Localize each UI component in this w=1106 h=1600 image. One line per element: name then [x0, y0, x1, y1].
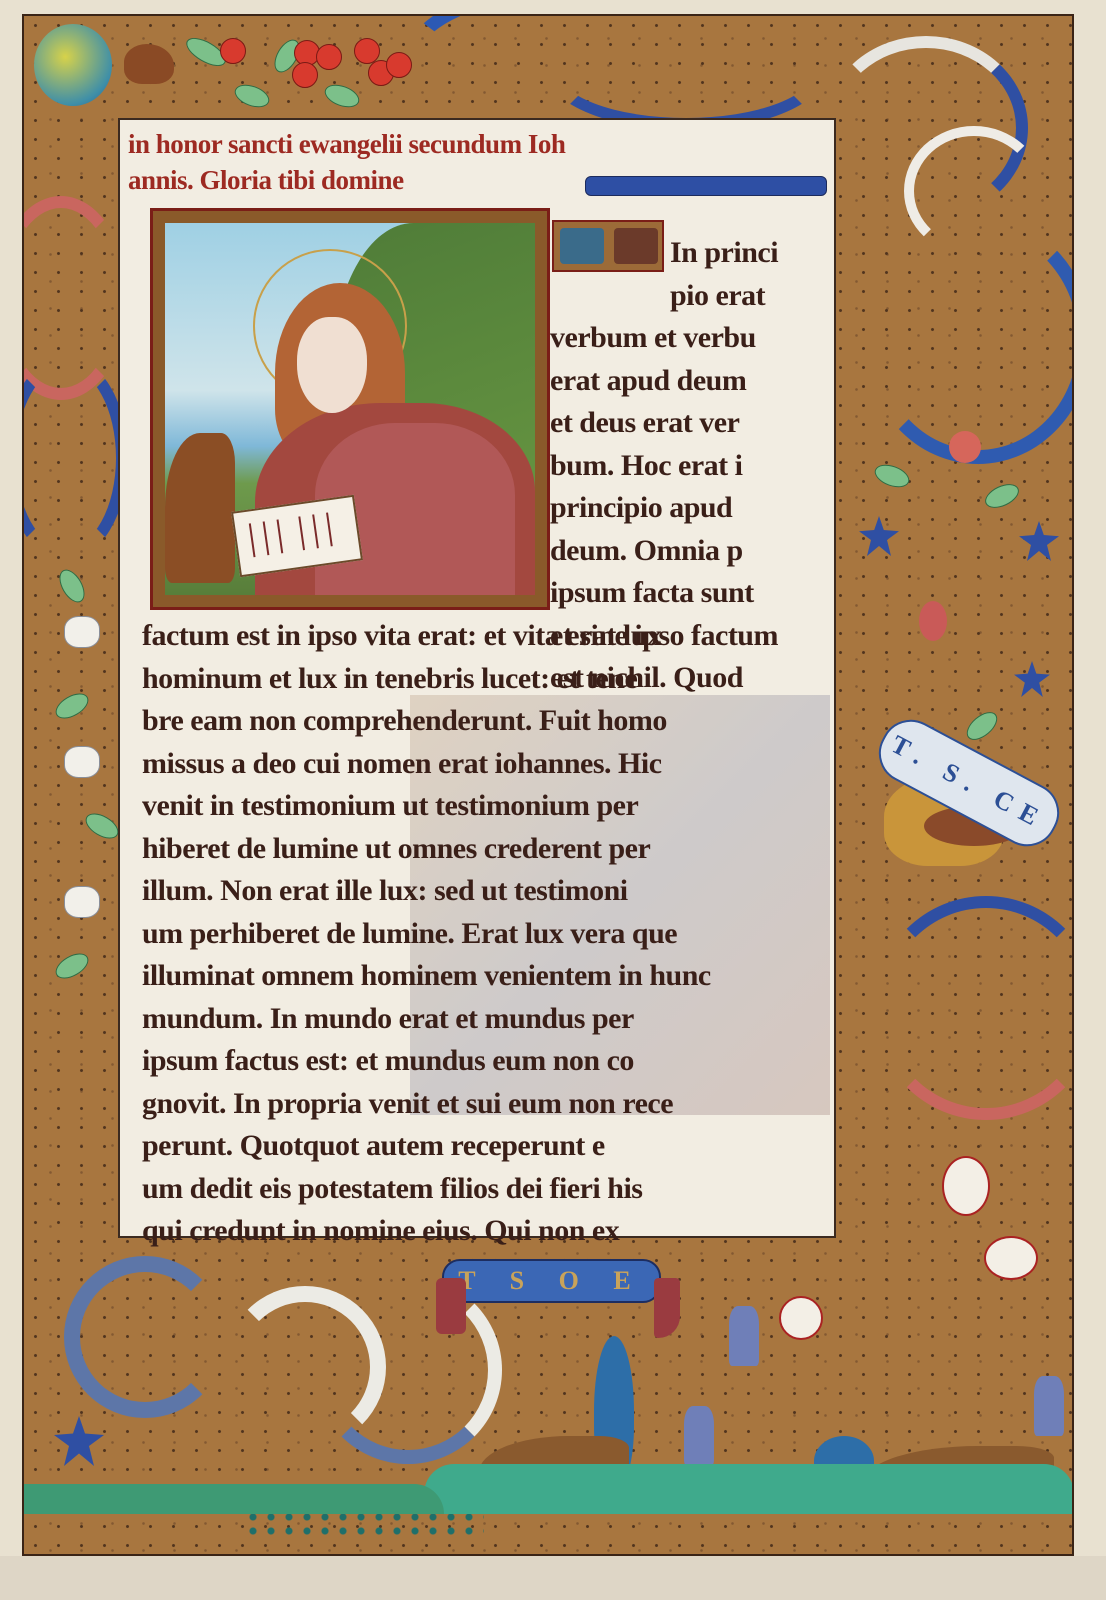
pomegranate: [779, 1296, 823, 1340]
text-line: um dedit eis potestatem filios dei fieri…: [142, 1168, 832, 1211]
text-full-width: factum est in ipso vita erat: et vita er…: [142, 615, 832, 1253]
rubric-line-1: in honor sancti ewangelii secundum Ioh: [128, 126, 828, 162]
text-line: verbum et verbu: [550, 317, 830, 360]
eagle-icon: [165, 433, 235, 583]
text-line: venit in testimonium ut testimonium per: [142, 785, 832, 828]
miniature-st-john: [150, 208, 550, 610]
text-line: hiberet de lumine ut omnes crederent per: [142, 828, 832, 871]
text-line: bum. Hoc erat i: [550, 445, 830, 488]
text-line: missus a deo cui nomen erat iohannes. Hi…: [142, 743, 832, 786]
columbine-flower: [1034, 1376, 1064, 1436]
leaf: [962, 707, 1002, 745]
acanthus-scroll-bottom: [64, 1256, 226, 1418]
text-line: principio apud: [550, 487, 830, 530]
text-line: ipsum factus est: et mundus eum non co: [142, 1040, 832, 1083]
berry: [220, 38, 246, 64]
leaf: [232, 80, 273, 111]
parchment-margin-bottom: [0, 1556, 1106, 1600]
text-line: qui credunt in nomine eius. Qui non ex: [142, 1210, 832, 1253]
berry: [316, 44, 342, 70]
columbine-flower: [729, 1306, 759, 1366]
ground-green-left: [24, 1484, 444, 1514]
text-line: erat apud deum: [550, 360, 830, 403]
acanthus-scroll-right-lower: [874, 896, 1074, 1120]
text-line: illuminat omnem hominem venientem in hun…: [142, 955, 832, 998]
blue-flower: [54, 1416, 104, 1466]
text-line: deum. Omnia p: [550, 530, 830, 573]
ground-green: [424, 1464, 1074, 1514]
thistle: [949, 431, 981, 463]
leaf: [872, 460, 913, 491]
leaf: [54, 565, 89, 606]
miniature-scene: [165, 223, 535, 595]
text-line: illum. Non erat ille lux: sed ut testimo…: [142, 870, 832, 913]
text-line: In princi: [550, 232, 830, 275]
banderole-end-red: [436, 1278, 466, 1334]
blue-flower: [859, 516, 899, 556]
white-flower: [64, 616, 100, 648]
white-flower: [64, 746, 100, 778]
acanthus-scroll-left: [22, 356, 128, 560]
berry: [292, 62, 318, 88]
leaf: [51, 688, 92, 723]
text-line: hominum et lux in tenebris lucet: et ten…: [142, 658, 832, 701]
banderole-bottom: T S O E: [442, 1259, 661, 1303]
leaf: [981, 479, 1022, 512]
bird-top-left: [124, 44, 174, 84]
text-line: factum est in ipso vita erat: et vita er…: [142, 615, 832, 658]
text-block: in honor sancti ewangelii secundum Ioh a…: [118, 118, 836, 1238]
text-line: pio erat: [550, 275, 830, 318]
leaf: [81, 808, 122, 843]
banderole-end-red: [654, 1278, 680, 1338]
acanthus-scroll-right: [904, 126, 1044, 256]
blue-flower: [1019, 521, 1059, 561]
saint-face: [297, 317, 367, 413]
columbine-flower: [684, 1406, 714, 1466]
acanthus-scroll-top: [544, 14, 828, 130]
pomegranate: [942, 1156, 990, 1216]
text-line: bre eam non comprehenderunt. Fuit homo: [142, 700, 832, 743]
text-line: mundum. In mundo erat et mundus per: [142, 998, 832, 1041]
text-line: perunt. Quotquot autem receperunt e: [142, 1125, 832, 1168]
leaf: [322, 80, 363, 111]
white-flower: [64, 886, 100, 918]
text-line: um perhiberet de lumine. Erat lux vera q…: [142, 913, 832, 956]
acanthus-scroll-bottom: [314, 1276, 502, 1464]
pomegranate: [984, 1236, 1038, 1280]
blue-flower: [1014, 661, 1050, 697]
globe-ornament: [34, 24, 112, 106]
text-line: ipsum facta sunt: [550, 572, 830, 615]
text-line: et deus erat ver: [550, 402, 830, 445]
thistle: [919, 601, 947, 641]
manuscript-page: T. S. CE T S O E in honor sancti ewangel…: [0, 0, 1106, 1600]
line-filler-bar: [585, 176, 827, 196]
text-line: gnovit. In propria venit et sui eum non …: [142, 1083, 832, 1126]
leaf: [51, 948, 92, 983]
